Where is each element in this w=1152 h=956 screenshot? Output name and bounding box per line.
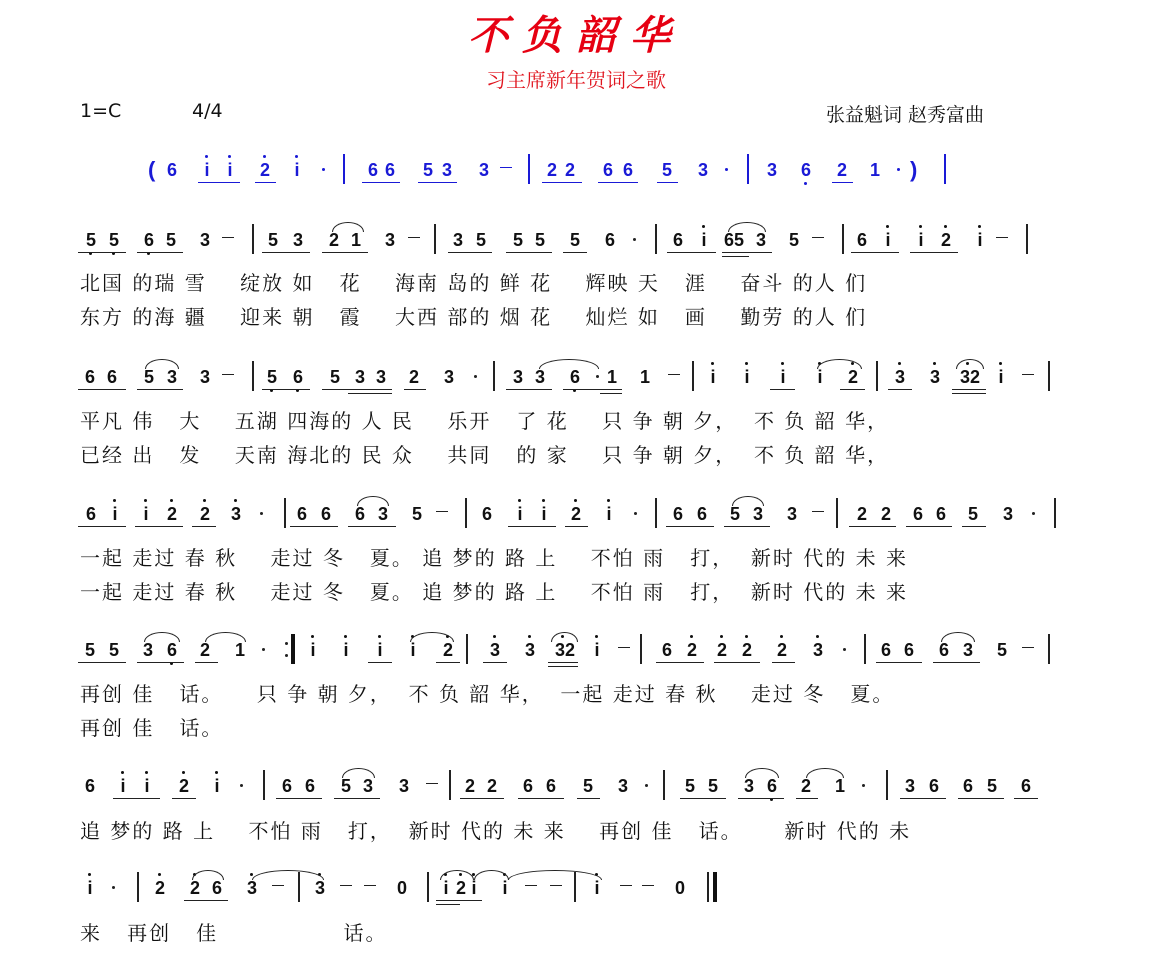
- augmentation-dot: [112, 886, 115, 889]
- note: 5: [106, 640, 122, 660]
- note: 5: [510, 230, 526, 250]
- beam-underline: [448, 252, 492, 253]
- note: 5: [682, 776, 698, 796]
- note: 2: [568, 504, 584, 524]
- note: 6: [1018, 776, 1034, 796]
- note: 6: [933, 504, 949, 524]
- bar-line: [263, 770, 265, 800]
- augmentation-dot: [633, 238, 636, 241]
- note: 2: [834, 160, 850, 180]
- beam-underline: [563, 252, 587, 253]
- note: 3: [695, 160, 711, 180]
- lyrics-line-3-verse-1: 一起 走过 春 秋 走过 冬 夏。 追 梦的 路 上 不怕 雨 打， 新时 代的…: [80, 547, 908, 569]
- slur-arc: [806, 768, 844, 778]
- beam-underline: [184, 900, 228, 901]
- bar-line: [864, 634, 866, 664]
- note: i: [589, 640, 605, 660]
- beam-underline: [666, 526, 714, 527]
- note: 6: [600, 160, 616, 180]
- sustain-dash: [1022, 647, 1034, 648]
- note: 6: [279, 776, 295, 796]
- beam-underline: [876, 662, 922, 663]
- note: 5: [420, 160, 436, 180]
- note: 3: [750, 504, 766, 524]
- slur-arc: [474, 870, 509, 880]
- beam-underline: [418, 182, 457, 183]
- beam-underline: [888, 389, 912, 390]
- beam-underline: [137, 252, 183, 253]
- note: 5: [727, 504, 743, 524]
- slur-arc: [410, 632, 454, 642]
- high-octave-dot: [780, 635, 783, 638]
- beam-underline: [851, 252, 899, 253]
- note: 2: [878, 504, 894, 524]
- repeat-dot: [285, 642, 288, 645]
- note: 3: [441, 367, 457, 387]
- beam-underline: [172, 798, 196, 799]
- key-signature: 1=C: [80, 100, 121, 122]
- note: 5: [994, 640, 1010, 660]
- sustain-dash: [272, 885, 284, 886]
- note: i: [222, 160, 238, 180]
- beam-underline: [506, 252, 552, 253]
- note: 2: [774, 640, 790, 660]
- note: 3: [927, 367, 943, 387]
- beam-underline: [322, 389, 392, 390]
- augmentation-dot: [596, 375, 599, 378]
- beam-underline: [542, 182, 582, 183]
- note: 6: [694, 504, 710, 524]
- beam-underline: [796, 798, 818, 799]
- high-octave-dot: [144, 499, 147, 502]
- slur-arc: [728, 222, 766, 232]
- sustain-dash: [525, 885, 537, 886]
- note: 6: [620, 160, 636, 180]
- beam-underline: [334, 798, 380, 799]
- note: 6: [659, 640, 675, 660]
- high-octave-dot: [203, 499, 206, 502]
- note: i: [601, 504, 617, 524]
- high-octave-dot: [182, 771, 185, 774]
- sustain-dash: [550, 885, 562, 886]
- beam-underline: [436, 904, 460, 905]
- high-octave-dot: [919, 225, 922, 228]
- note: i: [199, 160, 215, 180]
- note: 3: [960, 640, 976, 660]
- note: i: [775, 367, 791, 387]
- note: 3: [902, 776, 918, 796]
- note: 6: [764, 776, 780, 796]
- note: 6: [878, 640, 894, 660]
- note: i: [812, 367, 828, 387]
- note: 2: [854, 504, 870, 524]
- augmentation-dot: [634, 512, 637, 515]
- repeat-barline: [291, 634, 295, 664]
- beam-underline: [933, 662, 980, 663]
- beam-underline: [832, 182, 853, 183]
- beam-underline: [262, 389, 310, 390]
- note: 2: [152, 878, 168, 898]
- note: i: [438, 878, 454, 898]
- sustain-dash: [436, 511, 448, 512]
- note: 6: [302, 776, 318, 796]
- note: i: [305, 640, 321, 660]
- bar-line: [944, 154, 946, 184]
- high-octave-dot: [933, 362, 936, 365]
- beam-underline: [738, 798, 784, 799]
- bar-line: [640, 634, 642, 664]
- augmentation-dot: [725, 168, 728, 171]
- note: 3: [140, 640, 156, 660]
- lyrics-line-1-verse-2: 东方 的海 疆 迎来 朝 霞 大西 部的 烟 花 灿烂 如 画 勤劳 的人 们: [80, 306, 867, 328]
- note: i: [880, 230, 896, 250]
- note: 5: [705, 776, 721, 796]
- beam-underline: [657, 182, 678, 183]
- note: 3: [197, 230, 213, 250]
- beam-underline: [348, 393, 392, 394]
- slur-arc: [941, 632, 975, 642]
- slur-arc: [332, 222, 364, 232]
- note: 6: [960, 776, 976, 796]
- note: i: [536, 504, 552, 524]
- note: 5: [580, 776, 596, 796]
- high-octave-dot: [595, 635, 598, 638]
- note: 2: [197, 504, 213, 524]
- high-octave-dot: [720, 635, 723, 638]
- slur-arc: [144, 632, 180, 642]
- note: 5: [473, 230, 489, 250]
- song-title: 不负韶华: [0, 4, 1152, 61]
- note: 3: [753, 230, 769, 250]
- note: 6: [901, 640, 917, 660]
- lyrics-line-6: 来 再创 佳 话。: [80, 922, 388, 944]
- note: 3: [373, 367, 389, 387]
- bar-line: [528, 154, 530, 184]
- slur-arc: [551, 632, 578, 642]
- high-octave-dot: [113, 499, 116, 502]
- note: 6: [854, 230, 870, 250]
- note: 3: [375, 504, 391, 524]
- note: 5: [83, 230, 99, 250]
- note: 32: [555, 640, 571, 660]
- note: 2: [798, 776, 814, 796]
- note: 5: [264, 367, 280, 387]
- note: 6: [670, 504, 686, 524]
- beam-underline: [262, 252, 310, 253]
- note: 5: [82, 640, 98, 660]
- bar-line: [493, 361, 495, 391]
- beam-underline: [348, 526, 396, 527]
- note: 6: [670, 230, 686, 250]
- note: 2: [739, 640, 755, 660]
- beam-underline: [276, 798, 322, 799]
- note: 0: [394, 878, 410, 898]
- beam-underline: [436, 662, 460, 663]
- bar-line: [434, 224, 436, 254]
- beam-underline: [192, 526, 216, 527]
- augmentation-dot: [897, 168, 900, 171]
- high-octave-dot: [781, 362, 784, 365]
- note: 5: [984, 776, 1000, 796]
- note: i: [82, 878, 98, 898]
- note: 2: [326, 230, 342, 250]
- note: 2: [440, 640, 456, 660]
- high-octave-dot: [607, 499, 610, 502]
- high-octave-dot: [690, 635, 693, 638]
- note: 6: [290, 367, 306, 387]
- note: 6: [602, 230, 618, 250]
- note: i: [913, 230, 929, 250]
- note: 6: [294, 504, 310, 524]
- note: 1: [867, 160, 883, 180]
- augmentation-dot: [645, 784, 648, 787]
- beam-underline: [910, 252, 958, 253]
- note: 5: [338, 776, 354, 796]
- sustain-dash: [222, 237, 234, 238]
- high-octave-dot: [250, 873, 253, 876]
- bar-line: [747, 154, 749, 184]
- high-octave-dot: [234, 499, 237, 502]
- beam-underline: [404, 389, 426, 390]
- note: 3: [360, 776, 376, 796]
- note: 0: [672, 878, 688, 898]
- high-octave-dot: [145, 771, 148, 774]
- beam-underline: [362, 182, 400, 183]
- bar-line: [252, 224, 254, 254]
- beam-underline: [714, 662, 760, 663]
- beam-underline: [565, 526, 588, 527]
- high-octave-dot: [88, 873, 91, 876]
- note: i: [512, 504, 528, 524]
- beam-underline: [952, 389, 986, 390]
- high-octave-dot: [378, 635, 381, 638]
- note: 2: [938, 230, 954, 250]
- note: i: [705, 367, 721, 387]
- high-octave-dot: [228, 155, 231, 158]
- note: 3: [439, 160, 455, 180]
- bar-line: [1048, 361, 1050, 391]
- beam-underline: [577, 798, 600, 799]
- bar-line: [466, 634, 468, 664]
- high-octave-dot: [816, 635, 819, 638]
- note: 3: [510, 367, 526, 387]
- high-octave-dot: [344, 635, 347, 638]
- bar-line: [252, 361, 254, 391]
- note: 3: [290, 230, 306, 250]
- beam-underline: [135, 526, 183, 527]
- high-octave-dot: [999, 362, 1002, 365]
- beam-underline: [600, 393, 622, 394]
- high-octave-dot: [711, 362, 714, 365]
- note: i: [589, 878, 605, 898]
- high-octave-dot: [518, 499, 521, 502]
- note: 2: [562, 160, 578, 180]
- beam-underline: [772, 662, 795, 663]
- note: 2: [714, 640, 730, 660]
- beam-underline: [436, 900, 482, 901]
- augmentation-dot: [262, 648, 265, 651]
- high-octave-dot: [745, 635, 748, 638]
- beam-underline: [548, 666, 578, 667]
- high-octave-dot: [745, 362, 748, 365]
- slur-arc: [508, 870, 602, 880]
- lyrics-line-2-verse-2: 已经 出 发 天南 海北的 民 众 共同 的 家 只 争 朝 夕， 不 负 韶 …: [80, 444, 889, 466]
- note: i: [338, 640, 354, 660]
- sustain-dash: [1022, 374, 1034, 375]
- bar-line: [1048, 634, 1050, 664]
- bar-line: [427, 872, 429, 902]
- high-octave-dot: [528, 635, 531, 638]
- beam-underline: [680, 798, 726, 799]
- lyrics-line-1-verse-1: 北国 的瑞 雪 绽放 如 花 海南 岛的 鲜 花 辉映 天 涯 奋斗 的人 们: [80, 272, 867, 294]
- note: 3: [450, 230, 466, 250]
- intro-open-paren: (: [148, 157, 155, 183]
- note: 1: [637, 367, 653, 387]
- lyrics-line-4-verse-2: 再创 佳 话。: [80, 717, 223, 739]
- bar-line: [449, 770, 451, 800]
- note: 6: [926, 776, 942, 796]
- note: 5: [265, 230, 281, 250]
- beam-underline: [849, 526, 896, 527]
- sustain-dash: [668, 374, 680, 375]
- augmentation-dot: [474, 375, 477, 378]
- high-octave-dot: [170, 499, 173, 502]
- note: 6: [164, 160, 180, 180]
- beam-underline: [113, 798, 160, 799]
- note: 2: [176, 776, 192, 796]
- note: 2: [406, 367, 422, 387]
- high-octave-dot: [263, 155, 266, 158]
- note: 5: [965, 504, 981, 524]
- beam-underline: [195, 662, 218, 663]
- repeat-dot: [285, 654, 288, 657]
- note: 5: [532, 230, 548, 250]
- high-octave-dot: [978, 225, 981, 228]
- note: i: [289, 160, 305, 180]
- note: 2: [164, 504, 180, 524]
- note: 3: [810, 640, 826, 660]
- note: 6: [83, 504, 99, 524]
- final-barline-thin: [707, 872, 709, 902]
- sustain-dash: [996, 237, 1008, 238]
- high-octave-dot: [886, 225, 889, 228]
- note: i: [138, 504, 154, 524]
- note: i: [139, 776, 155, 796]
- note: 6: [936, 640, 952, 660]
- sustain-dash: [364, 885, 376, 886]
- note: 6: [365, 160, 381, 180]
- augmentation-dot: [843, 648, 846, 651]
- note: 6: [567, 367, 583, 387]
- note: 6: [382, 160, 398, 180]
- note: 5: [163, 230, 179, 250]
- bar-line: [842, 224, 844, 254]
- note: 6: [82, 367, 98, 387]
- bar-line: [1054, 498, 1056, 528]
- note: 6: [479, 504, 495, 524]
- intro-close-paren: ): [910, 157, 917, 183]
- slur-arc: [192, 870, 224, 880]
- beam-underline: [506, 389, 552, 390]
- note: 6: [209, 878, 225, 898]
- beam-underline: [78, 662, 126, 663]
- note: 1: [832, 776, 848, 796]
- note: 6: [798, 160, 814, 180]
- slur-arc: [205, 632, 246, 642]
- augmentation-dot: [322, 168, 325, 171]
- note: 3: [228, 504, 244, 524]
- beam-underline: [770, 389, 795, 390]
- note: 3: [476, 160, 492, 180]
- note: 3: [615, 776, 631, 796]
- augmentation-dot: [862, 784, 865, 787]
- credits: 张益魁词 赵秀富曲: [826, 100, 984, 127]
- note: 3: [1000, 504, 1016, 524]
- note: 6: [164, 640, 180, 660]
- beam-underline: [722, 252, 772, 253]
- high-octave-dot: [493, 635, 496, 638]
- slur-arc: [956, 359, 984, 369]
- beam-underline: [1014, 798, 1038, 799]
- note: 3: [522, 640, 538, 660]
- slur-arc: [732, 496, 764, 506]
- beam-underline: [548, 662, 578, 663]
- slur-arc: [342, 768, 375, 778]
- note: i: [107, 504, 123, 524]
- sustain-dash: [618, 647, 630, 648]
- note: 3: [244, 878, 260, 898]
- note: 1: [232, 640, 248, 660]
- note: i: [372, 640, 388, 660]
- low-octave-dot: [804, 182, 807, 185]
- note: 3: [532, 367, 548, 387]
- note: 3: [382, 230, 398, 250]
- high-octave-dot: [158, 873, 161, 876]
- note: 3: [784, 504, 800, 524]
- note: 2: [544, 160, 560, 180]
- high-octave-dot: [542, 499, 545, 502]
- note: 6: [352, 504, 368, 524]
- sustain-dash: [642, 885, 654, 886]
- note: 2: [197, 640, 213, 660]
- bar-line: [137, 872, 139, 902]
- note: 3: [312, 878, 328, 898]
- beam-underline: [906, 526, 952, 527]
- beam-underline: [900, 798, 946, 799]
- note: 2: [187, 878, 203, 898]
- sustain-dash: [620, 885, 632, 886]
- note: 3: [352, 367, 368, 387]
- beam-underline: [952, 393, 986, 394]
- augmentation-dot: [1032, 512, 1035, 515]
- note: 6: [910, 504, 926, 524]
- beam-underline: [724, 526, 770, 527]
- note: 3: [892, 367, 908, 387]
- note: 2: [845, 367, 861, 387]
- beam-underline: [598, 182, 638, 183]
- beam-underline: [460, 798, 504, 799]
- augmentation-dot: [240, 784, 243, 787]
- bar-line: [836, 498, 838, 528]
- high-octave-dot: [944, 225, 947, 228]
- beam-underline: [255, 182, 276, 183]
- high-octave-dot: [215, 771, 218, 774]
- note: 32: [960, 367, 976, 387]
- augmentation-dot: [260, 512, 263, 515]
- note: 1: [604, 367, 620, 387]
- note: 2: [462, 776, 478, 796]
- beam-underline: [78, 252, 126, 253]
